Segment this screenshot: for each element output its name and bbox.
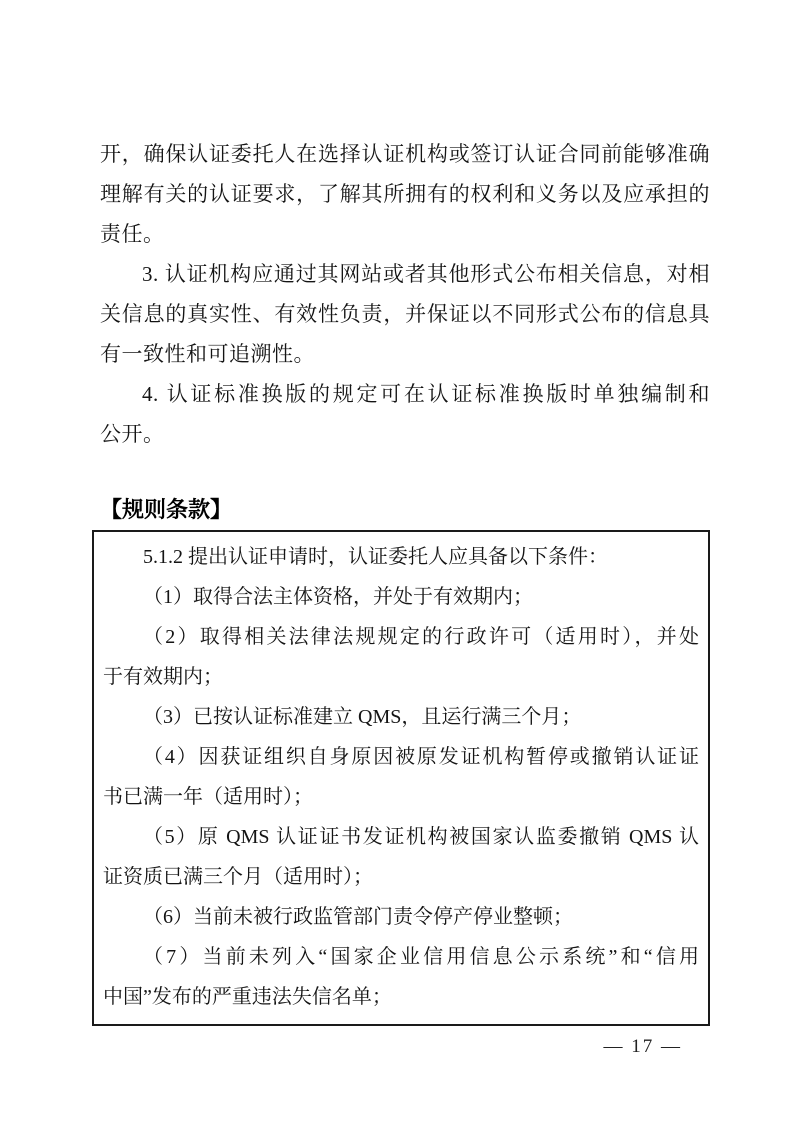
text-line: 证资质已满三个月（适用时）； [103,857,699,897]
text-line: 4. 认证标准换版的规定可在认证标准换版时单独编制和 [100,374,710,414]
text-line: 于有效期内； [103,657,699,697]
text-line: 公开。 [100,414,710,454]
document-page: 开，确保认证委托人在选择认证机构或签订认证合同前能够准确理解有关的认证要求，了解… [0,0,800,1130]
section-heading: 【规则条款】 [100,496,710,524]
text-line: （4）因获证组织自身原因被原发证机构暂停或撤销认证证 [103,737,699,777]
text-line: 5.1.2 提出认证申请时，认证委托人应具备以下条件： [103,537,699,577]
text-line: 责任。 [100,214,710,254]
text-line: 开，确保认证委托人在选择认证机构或签订认证合同前能够准确 [100,134,710,174]
text-line: 书已满一年（适用时）； [103,777,699,817]
text-line: （3）已按认证标准建立 QMS，且运行满三个月； [103,697,699,737]
body-text-block: 开，确保认证委托人在选择认证机构或签订认证合同前能够准确理解有关的认证要求，了解… [0,0,800,454]
text-line: （5）原 QMS 认证证书发证机构被国家认监委撤销 QMS 认 [103,817,699,857]
text-line: （7）当前未列入“国家企业信用信息公示系统”和“信用 [103,937,699,977]
page-number: — 17 — [0,1036,800,1058]
text-line: 关信息的真实性、有效性负责，并保证以不同形式公布的信息具 [100,294,710,334]
text-line: 中国”发布的严重违法失信名单； [103,977,699,1017]
text-line: （2）取得相关法律法规规定的行政许可（适用时），并处 [103,617,699,657]
text-line: 有一致性和可追溯性。 [100,334,710,374]
text-line: （1）取得合法主体资格，并处于有效期内； [103,577,699,617]
text-line: 3. 认证机构应通过其网站或者其他形式公布相关信息，对相 [100,254,710,294]
text-line: （6）当前未被行政监管部门责令停产停业整顿； [103,897,699,937]
rule-clause-box: 5.1.2 提出认证申请时，认证委托人应具备以下条件：（1）取得合法主体资格，并… [92,530,710,1026]
text-line: 理解有关的认证要求，了解其所拥有的权利和义务以及应承担的 [100,174,710,214]
